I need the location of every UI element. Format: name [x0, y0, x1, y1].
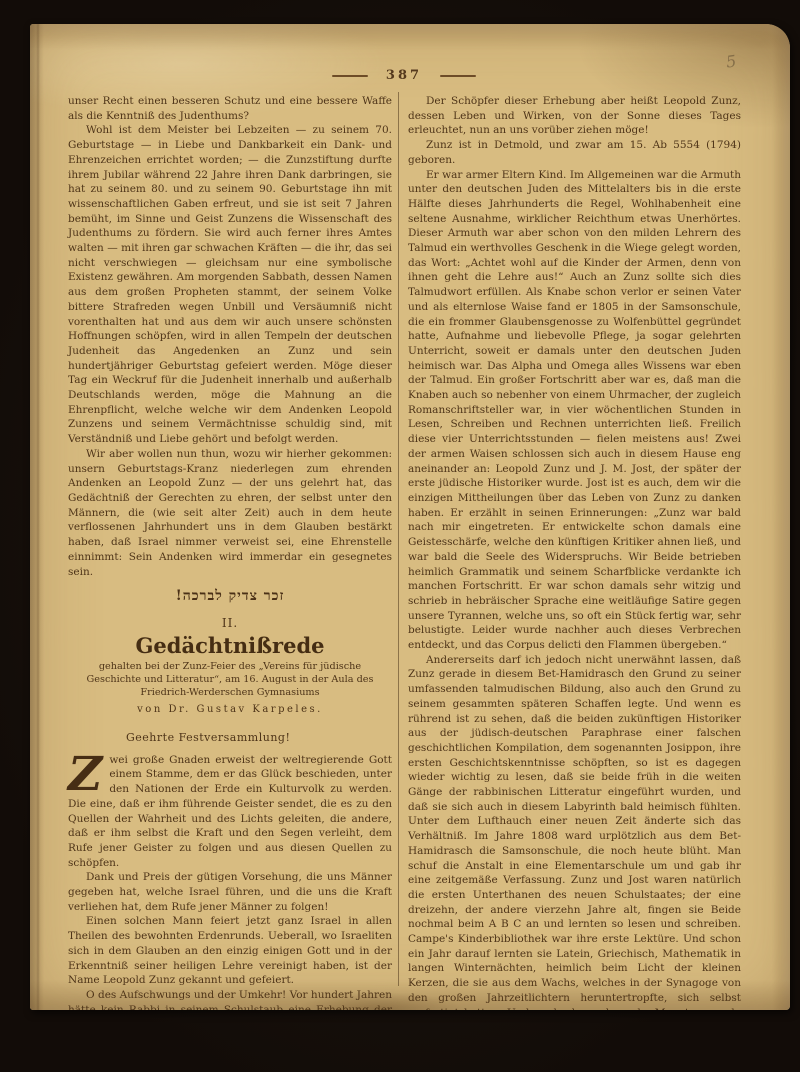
- column-divider: [398, 92, 399, 986]
- paragraph: Wohl ist dem Meister bei Lebzeiten — zu …: [68, 123, 392, 446]
- section-numeral: II.: [68, 616, 392, 631]
- paragraph: unser Recht einen besseren Schutz und ei…: [68, 94, 392, 123]
- header-rule-left: [332, 75, 368, 77]
- header-rule-right: [440, 75, 476, 77]
- paragraph: Zunz ist in Detmold, und zwar am 15. Ab …: [408, 138, 741, 167]
- section-author: von Dr. Gustav Karpeles.: [68, 703, 392, 718]
- hebrew-dedication: זכר צדיק לברכה!: [68, 589, 392, 604]
- paragraph: Er war armer Eltern Kind. Im Allgemeinen…: [408, 168, 741, 653]
- salutation: Geehrte Festversammlung!: [126, 731, 392, 746]
- paragraph: Wir aber wollen nun thun, wozu wir hierh…: [68, 447, 392, 579]
- paragraph: Einen solchen Mann feiert jetzt ganz Isr…: [68, 914, 392, 988]
- page-content: 5 387 unser Recht einen besseren Schutz …: [30, 24, 790, 1010]
- paragraph-with-dropcap: Zwei große Gnaden erweist der weltregier…: [68, 753, 392, 871]
- paragraph: Andererseits darf ich jedoch nicht unerw…: [408, 653, 741, 1010]
- left-column: unser Recht einen besseren Schutz und ei…: [68, 94, 392, 1010]
- paragraph: Der Schöpfer dieser Erhebung aber heißt …: [408, 94, 741, 138]
- section-heading: Gedächtnißrede: [68, 639, 392, 654]
- paragraph: O des Aufschwungs und der Umkehr! Vor hu…: [68, 988, 392, 1010]
- scanned-page: 5 387 unser Recht einen besseren Schutz …: [30, 24, 790, 1010]
- paragraph: Dank und Preis der gütigen Vorsehung, di…: [68, 870, 392, 914]
- right-column: Der Schöpfer dieser Erhebung aber heißt …: [408, 94, 741, 1010]
- page-number: 387: [386, 68, 422, 83]
- paragraph-text: wei große Gnaden erweist der weltregiere…: [68, 754, 392, 869]
- drop-cap-initial: Z: [68, 753, 109, 793]
- section-subtitle: gehalten bei der Zunz-Feier des „Vereins…: [72, 660, 388, 699]
- page-header: 387: [66, 68, 742, 83]
